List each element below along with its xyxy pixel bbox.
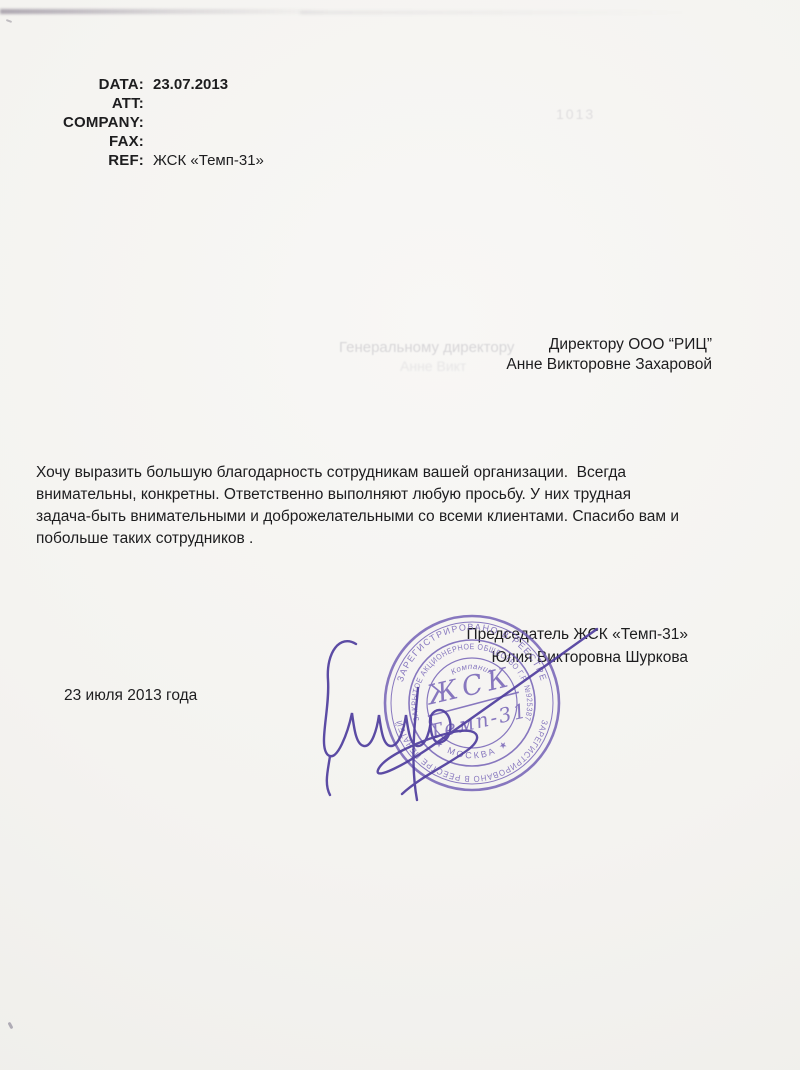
- scanner-streak: [0, 9, 330, 14]
- recipient-line-1: Директору ООО “РИЦ”: [506, 335, 712, 355]
- header-label: ATT:: [38, 94, 144, 113]
- header-row-company: COMPANY:: [38, 113, 264, 132]
- fax-header: DATA: 23.07.2013 ATT: COMPANY: FAX: REF:…: [38, 75, 264, 170]
- scanned-letter-page: 1013 DATA: 23.07.2013 ATT: COMPANY: FAX:…: [0, 0, 800, 1070]
- header-label: DATA:: [38, 75, 144, 94]
- signature-flourish-stroke: [378, 629, 597, 794]
- recipient-block: Директору ООО “РИЦ” Анне Викторовне Заха…: [506, 335, 712, 374]
- header-label: COMPANY:: [38, 113, 144, 132]
- paper-speck: [8, 1022, 14, 1030]
- header-row-ref: REF: ЖСК «Темп-31»: [38, 151, 264, 170]
- header-value-ref: ЖСК «Темп-31»: [153, 151, 264, 170]
- signature-tail-stroke: [327, 756, 330, 795]
- recipient-line-2: Анне Викторовне Захаровой: [506, 355, 712, 375]
- body-line: внимательны, конкретны. Ответственно вып…: [36, 484, 756, 506]
- header-label: REF:: [38, 151, 144, 170]
- handwritten-signature: [290, 600, 620, 820]
- header-row-fax: FAX:: [38, 132, 264, 151]
- body-paragraph: Хочу выразить большую благодарность сотр…: [36, 462, 756, 550]
- header-row-data: DATA: 23.07.2013: [38, 75, 264, 94]
- ghost-overprint-text-2: Анне Викт: [400, 358, 466, 374]
- header-label: FAX:: [38, 132, 144, 151]
- ghost-overprint-text: Генеральному директору: [339, 339, 514, 356]
- date-line: 23 июля 2013 года: [64, 687, 197, 705]
- body-line: Хочу выразить большую благодарность сотр…: [36, 462, 756, 484]
- body-line: задача-быть внимательными и доброжелател…: [36, 506, 756, 528]
- header-value-date: 23.07.2013: [153, 75, 228, 94]
- header-row-att: ATT:: [38, 94, 264, 113]
- body-line: побольше таких сотрудников .: [36, 528, 756, 550]
- scanner-streak-faint: [300, 11, 690, 14]
- ghost-bleed-number: 1013: [556, 106, 595, 122]
- paper-speck: [6, 19, 12, 23]
